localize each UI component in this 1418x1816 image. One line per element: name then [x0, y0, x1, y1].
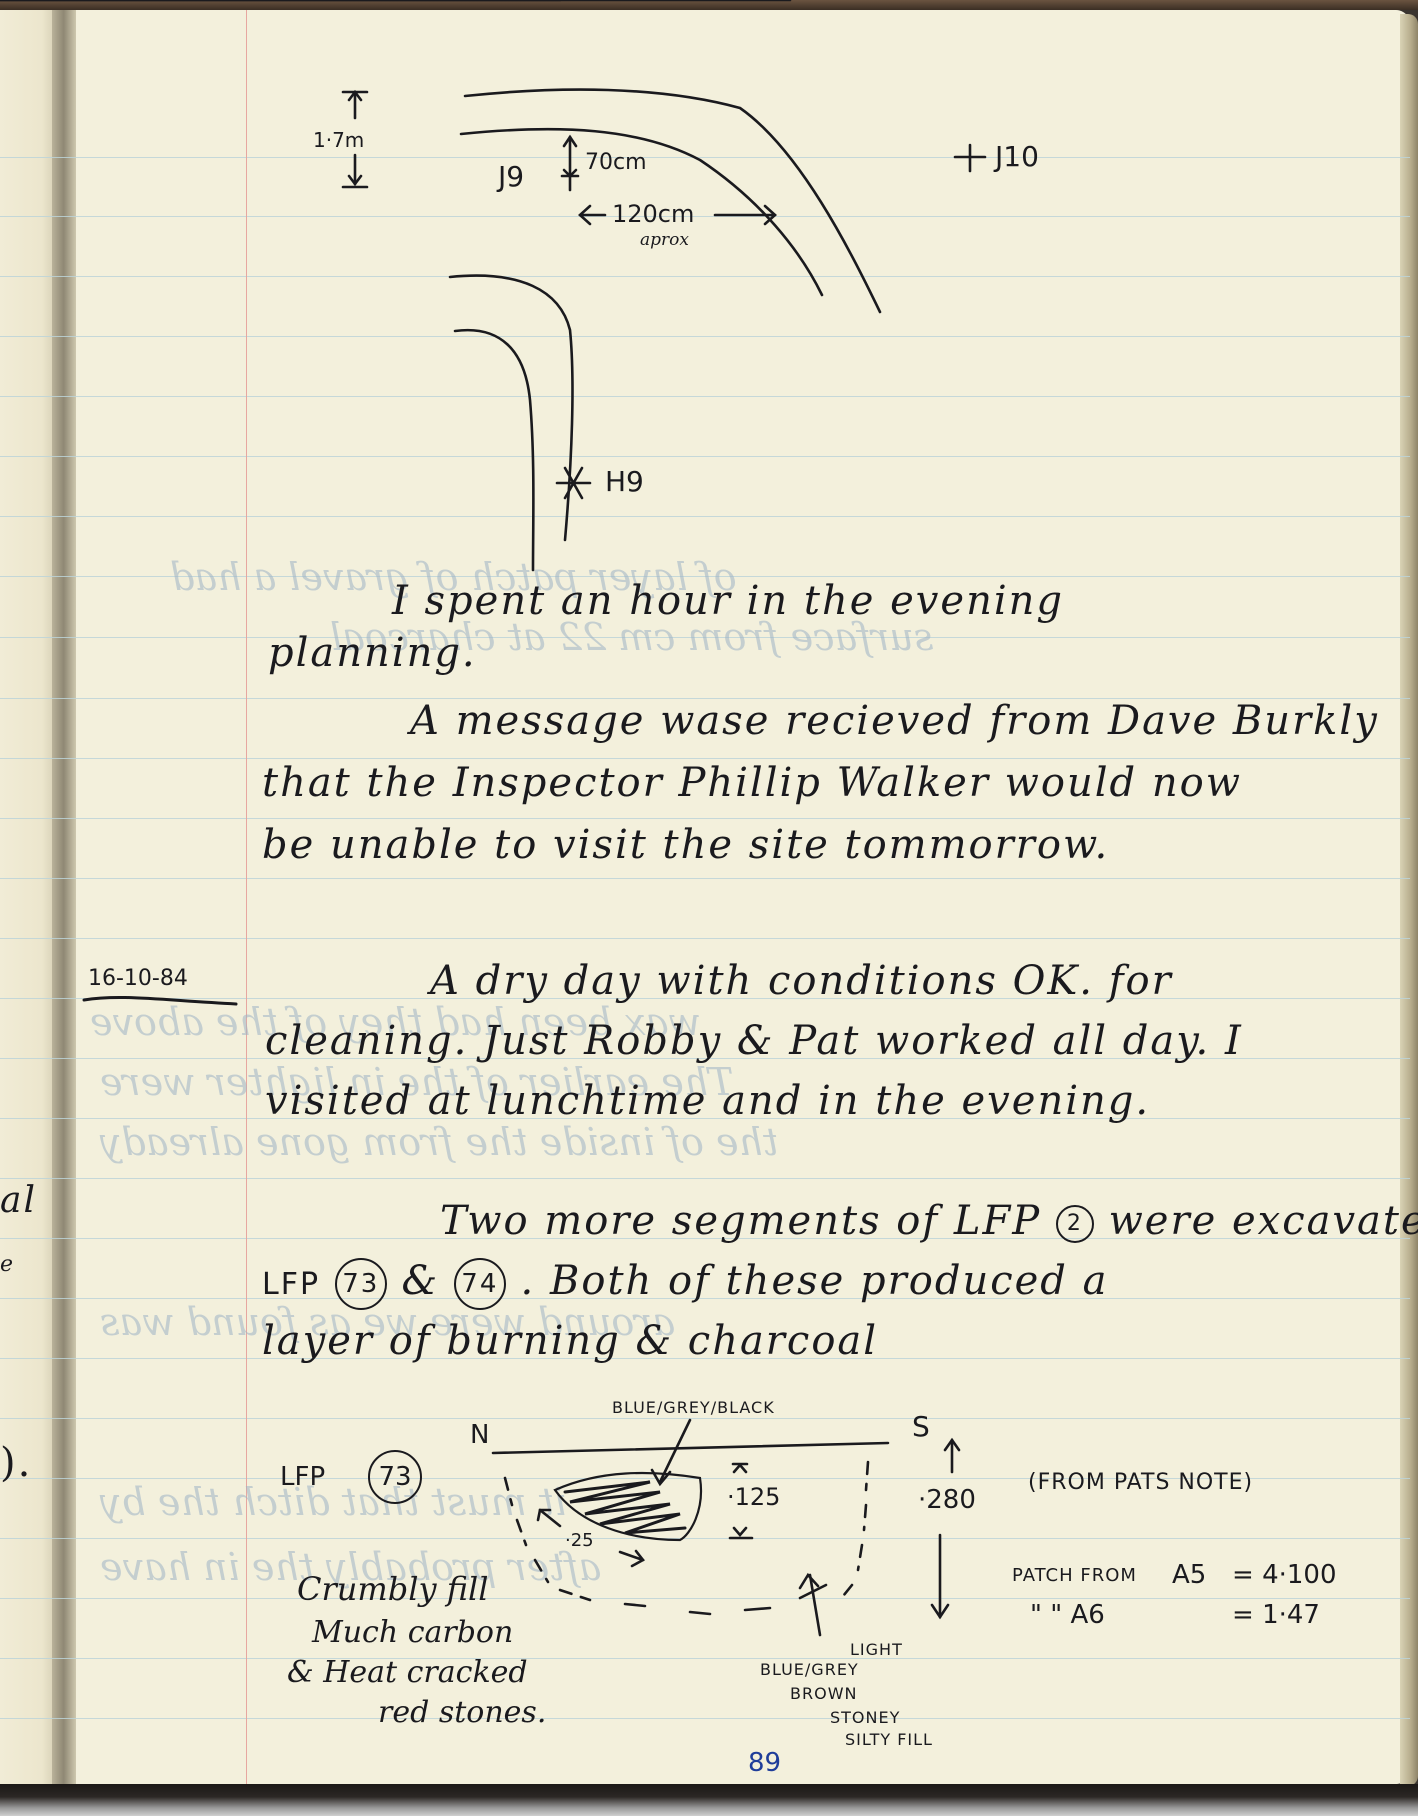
binding-top-edge	[0, 0, 1418, 10]
text-fragment: were excavated	[1109, 1198, 1418, 1244]
layer-depth-label: ·125	[727, 1483, 780, 1511]
patch-value: 1·47	[1262, 1600, 1320, 1630]
text-line: planning.	[268, 630, 477, 676]
text-line: A dry day with conditions OK. for	[430, 958, 1173, 1004]
entry-date: 16-10-84	[88, 966, 188, 991]
text-fragment: &	[402, 1258, 440, 1304]
dimension-120cm-label: 120cm	[612, 200, 694, 228]
feature-label: LFP	[280, 1462, 325, 1492]
text-line: LFP 73 & 74 . Both of these produced a	[262, 1258, 1108, 1310]
text-line: layer of burning & charcoal	[262, 1318, 878, 1364]
page-number: 89	[748, 1748, 781, 1778]
circled-feature-number: 74	[454, 1258, 506, 1310]
text-fragment: . Both of these produced a	[521, 1258, 1109, 1304]
lower-fill-note: BLUE/GREY	[760, 1660, 859, 1679]
north-label: N	[470, 1420, 489, 1450]
patch-value: 4·100	[1262, 1560, 1336, 1590]
text-line: I spent an hour in the evening	[392, 578, 1064, 624]
grid-point-j10-label: J10	[995, 140, 1039, 173]
fill-note: Crumbly fill	[297, 1570, 489, 1608]
patch-from-a5: A5	[1172, 1560, 1206, 1590]
patch-value-a5: = 4·100	[1232, 1560, 1337, 1590]
lower-fill-note: STONEY	[830, 1708, 900, 1727]
patch-from-a6: " " A6	[1030, 1600, 1105, 1630]
fill-note: & Heat cracked	[287, 1655, 528, 1690]
south-label: S	[912, 1410, 930, 1443]
left-page-fragment: ).	[0, 1440, 32, 1486]
left-page-fragment: al	[0, 1180, 37, 1221]
lower-fill-note: BROWN	[790, 1684, 857, 1703]
left-page-fragment: e	[0, 1252, 13, 1277]
layer-color-label: BLUE/GREY/BLACK	[612, 1398, 775, 1417]
lower-fill-note: SILTY FILL	[845, 1730, 933, 1749]
total-depth-label: ·280	[918, 1485, 976, 1515]
patch-label: PATCH FROM	[1012, 1565, 1137, 1586]
fill-note: Much carbon	[312, 1615, 513, 1650]
dimension-height-label: 1·7m	[313, 128, 364, 152]
binding-bottom-edge	[0, 1784, 1418, 1816]
patch-value-a6: = 1·47	[1232, 1600, 1320, 1630]
text-line: Two more segments of LFP 2 were excavate…	[440, 1198, 1418, 1244]
circled-feature-number: 73	[335, 1258, 387, 1310]
layer-width-label: ·25	[565, 1530, 594, 1551]
grid-point-h9-label: H9	[605, 465, 644, 498]
circled-feature-number: 73	[368, 1450, 422, 1504]
dimension-approx-note: aprox	[640, 230, 689, 250]
text-line: visited at lunchtime and in the evening.	[265, 1078, 1150, 1124]
fill-note: red stones.	[378, 1695, 546, 1730]
text-line: cleaning. Just Robby & Pat worked all da…	[265, 1018, 1243, 1064]
lower-fill-note: LIGHT	[850, 1640, 903, 1659]
dimension-70cm-label: 70cm	[585, 150, 647, 175]
circled-feature-number: 2	[1056, 1205, 1094, 1243]
text-line: that the Inspector Phillip Walker would …	[262, 760, 1242, 806]
text-fragment: Two more segments of LFP	[440, 1198, 1041, 1244]
text-fragment: LFP	[262, 1267, 320, 1302]
source-note: (FROM PATS NOTE)	[1028, 1470, 1253, 1495]
text-line: A message wase recieved from Dave Burkly	[410, 698, 1379, 744]
grid-point-j9-label: J9	[498, 160, 524, 193]
text-line: be unable to visit the site tommorrow.	[262, 822, 1109, 868]
page-stack-edge	[1400, 14, 1418, 1786]
